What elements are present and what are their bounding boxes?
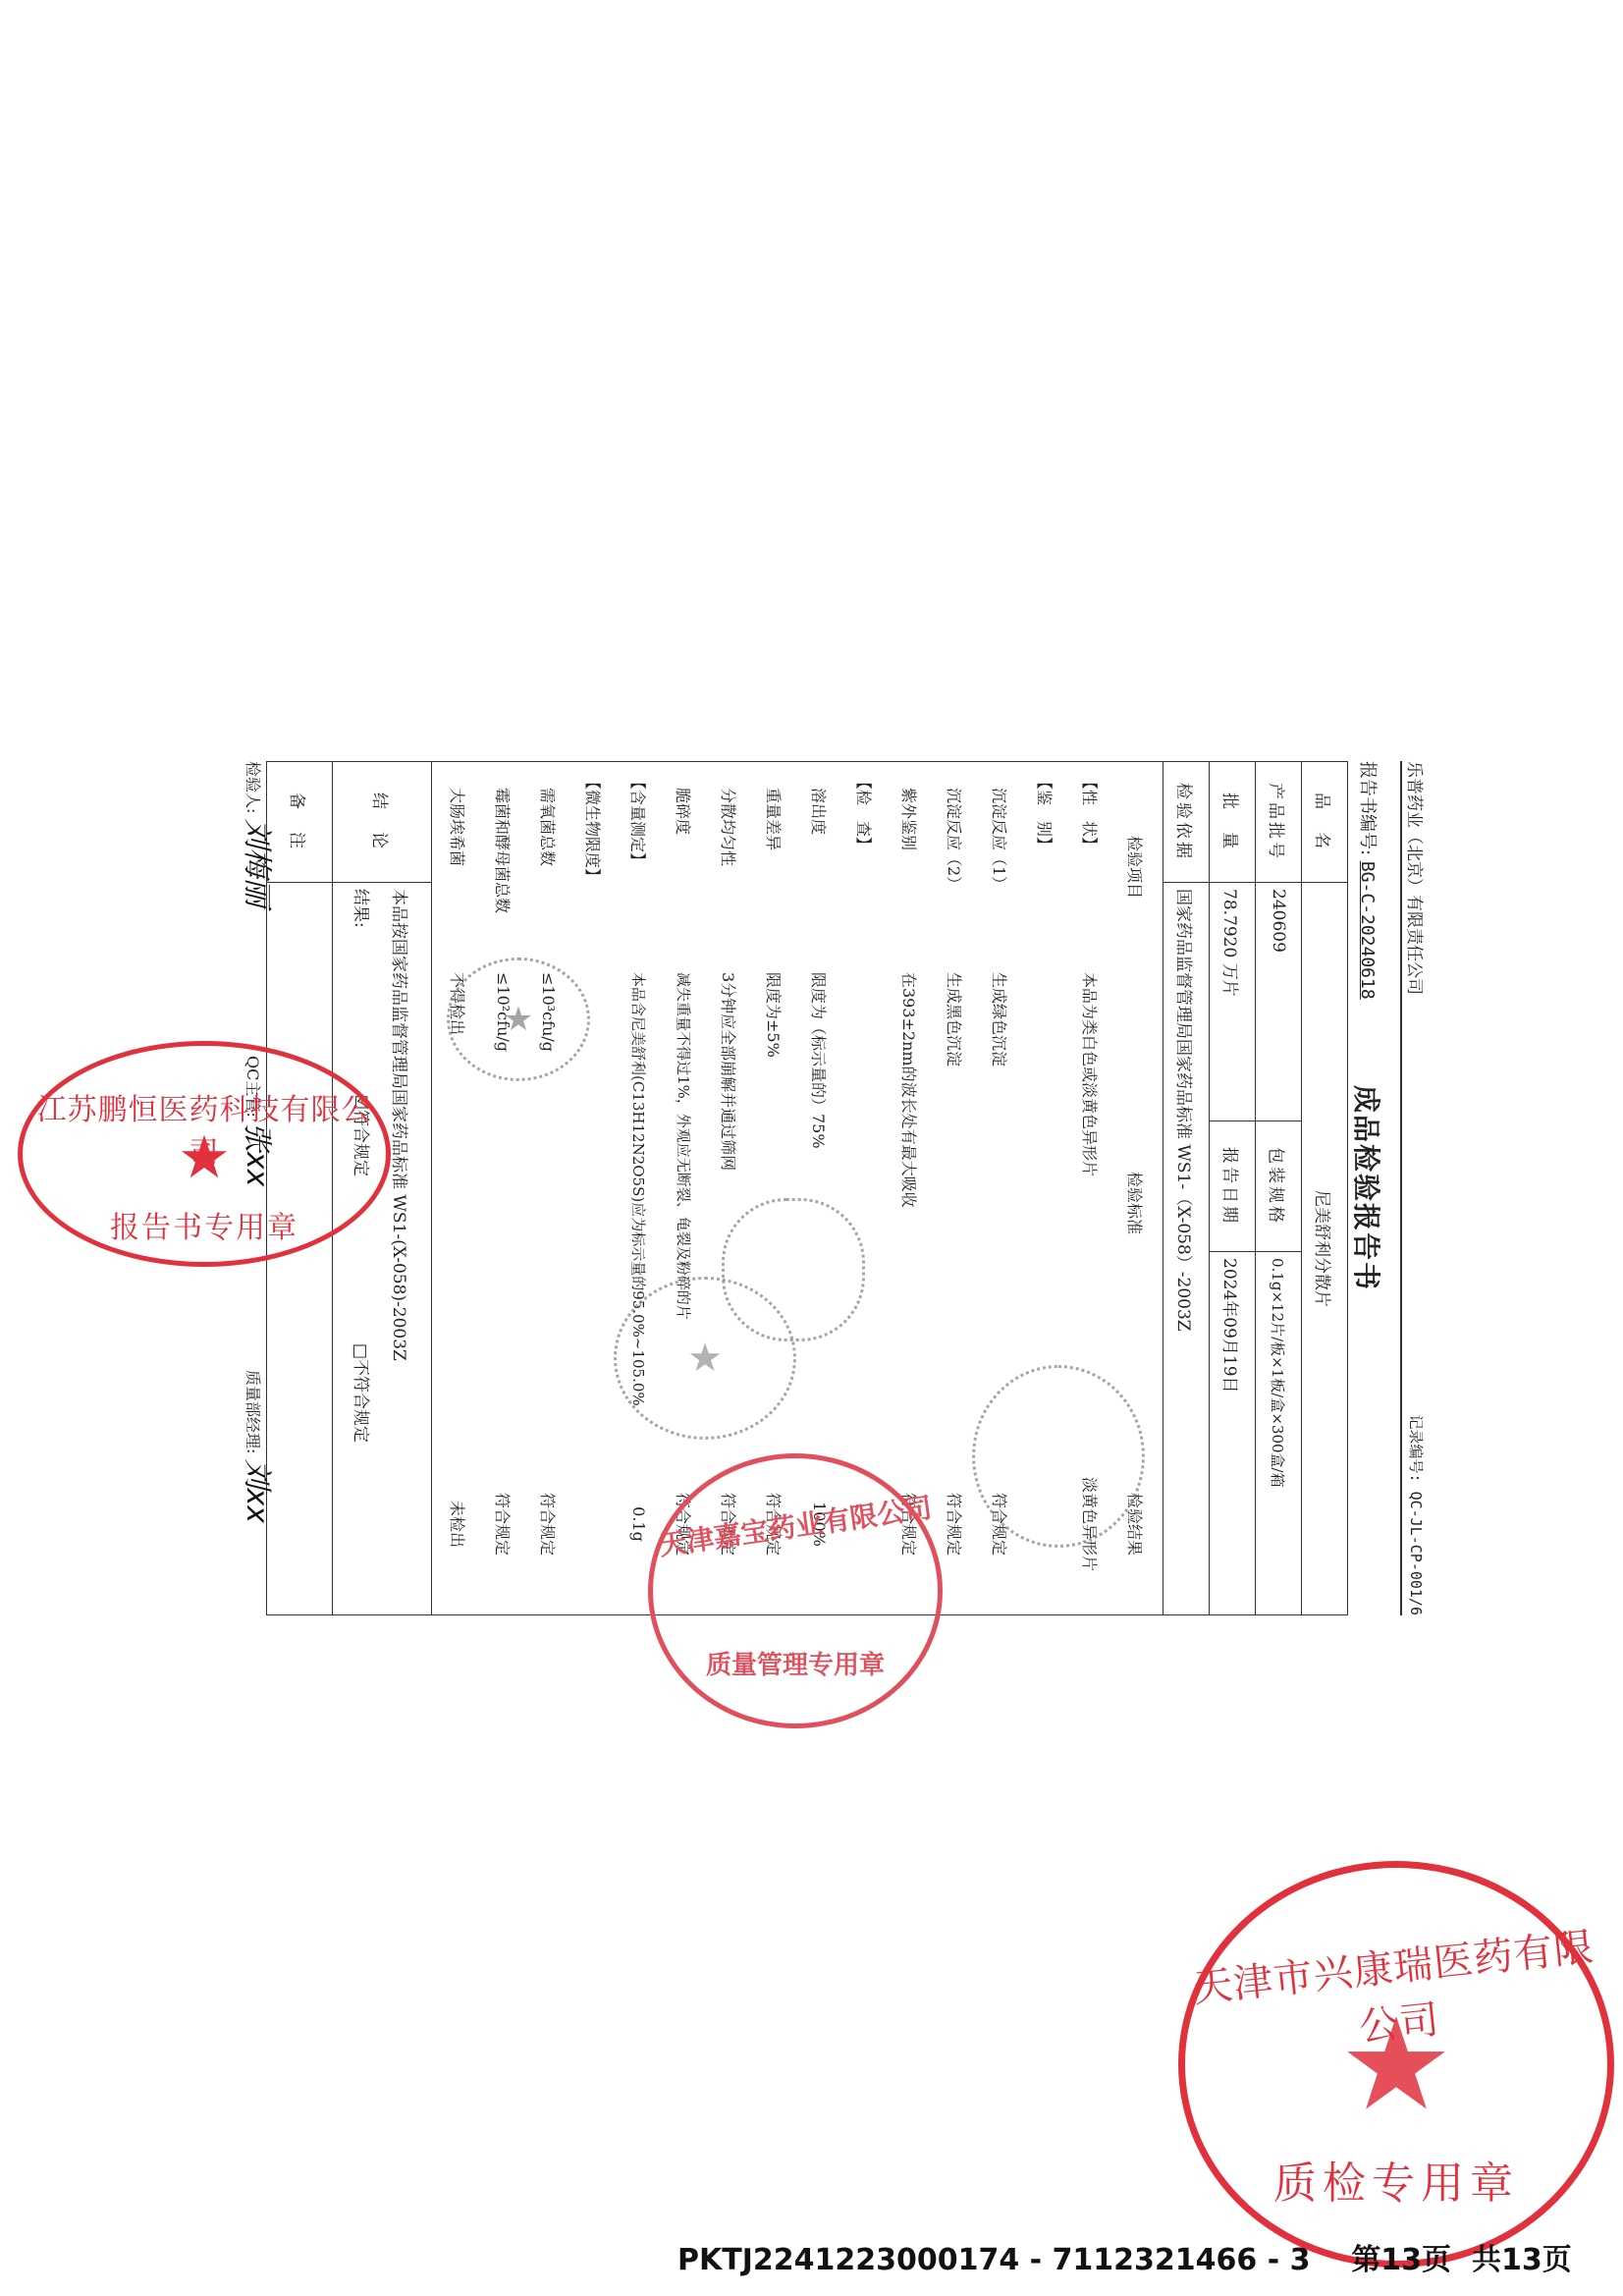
company-name: 乐普药业（北京）有限责任公司	[1404, 761, 1429, 995]
test-item: 【检 查】	[842, 768, 888, 966]
conclusion-label: 结 论	[333, 762, 432, 883]
tianjin-quality-stamp: 天津嘉宝药业有限公司 质量管理专用章	[648, 1453, 943, 1728]
batch-size-label: 批 量	[1210, 762, 1256, 883]
test-item: 【性 状】	[1068, 768, 1113, 966]
manager-handwriting: 刘xx	[240, 1459, 274, 1524]
test-standard: 生成黑色沉淀	[933, 966, 978, 1440]
test-standard: 生成绿色沉淀	[978, 966, 1023, 1440]
document-title: 成品检验报告书	[1348, 1085, 1387, 1291]
product-name-value: 尼美舒利分散片	[1302, 883, 1348, 1615]
xingkangrui-quality-stamp: 天津市兴康瑞医药有限公司 ★ 质检专用章	[1178, 1861, 1614, 2268]
package-value: 0.1g×12片/板×1板/盒×300盒/箱	[1256, 1252, 1302, 1615]
report-date-value: 2024年09月19日	[1210, 1252, 1256, 1615]
report-date-label: 报告日期	[1210, 1121, 1256, 1252]
test-item: 霉菌和酵母菌总数	[481, 768, 526, 966]
test-item: 沉淀反应（1）	[978, 768, 1023, 966]
test-item: 【含量测定】	[617, 768, 662, 966]
batch-size-value: 78.7920 万片	[1210, 883, 1256, 1121]
test-standard	[842, 966, 888, 1440]
conclusion-text: 本品按国家药品监督管理局国家药品标准 WS1-(X-058)-2003Z	[389, 889, 413, 1609]
test-result: 符合规定	[481, 1440, 526, 1609]
header-divider	[1400, 761, 1402, 1615]
batch-no-label: 产品批号	[1256, 762, 1302, 883]
test-item: 沉淀反应（2）	[933, 768, 978, 966]
star-icon: ★	[178, 1123, 231, 1192]
column-header-item: 检验项目	[1113, 768, 1159, 966]
inspector-handwriting: 刘梅丽	[240, 819, 274, 907]
test-result: 符合规定	[526, 1440, 571, 1609]
test-row: 脆碎度减失重量不得过1%，外观应无断裂、龟裂及粉碎的片符合规定	[662, 768, 707, 1609]
record-number: 记录编号: QC-JL-CP-001/6	[1406, 1415, 1427, 1616]
test-row: 【微生物限度】	[571, 768, 617, 1609]
test-item: 【鉴 别】	[1023, 768, 1068, 966]
test-row: 【含量测定】本品含尼美舒利(C13H12N2O5S)应为标示量的95.0%~10…	[617, 768, 662, 1609]
test-row: 紫外鉴别在393±2nm的波长处有最大吸收符合规定	[888, 768, 933, 1609]
test-item: 大肠埃希菌	[436, 768, 481, 966]
manager-signature: 质量部经理: 刘xx	[239, 1370, 282, 1523]
test-item: 紫外鉴别	[888, 768, 933, 966]
basis-value: 国家药品监督管理局国家药品标准 WS1-（X-058）-2003Z	[1163, 883, 1210, 1615]
test-standard: 在393±2nm的波长处有最大吸收	[888, 966, 933, 1440]
grey-inspection-stamp	[972, 1365, 1145, 1548]
test-item: 脆碎度	[662, 768, 707, 966]
package-label: 包装规格	[1256, 1121, 1302, 1252]
batch-no-value: 240609	[1256, 883, 1302, 1121]
product-name-label: 品 名	[1302, 762, 1348, 883]
test-row: 沉淀反应（2）生成黑色沉淀符合规定	[933, 768, 978, 1609]
grey-company-stamp-3	[722, 1198, 865, 1341]
test-item: 分散均匀性	[707, 768, 752, 966]
document-code: PKTJ2241223000174 - 7112321466 - 3	[677, 2243, 1311, 2277]
test-result: 未检出	[436, 1440, 481, 1609]
test-row: 霉菌和酵母菌总数≤10²cfu/g符合规定	[481, 768, 526, 1609]
test-row: 需氧菌总数≤10³cfu/g符合规定	[526, 768, 571, 1609]
inspector-signature: 检验人: 刘梅丽	[239, 761, 282, 907]
test-row: 大肠埃希菌不得检出未检出	[436, 768, 481, 1609]
basis-label: 检验依据	[1163, 762, 1210, 883]
fail-checkbox[interactable]: □不符合规定	[351, 1343, 375, 1443]
test-item: 溶出度	[797, 768, 842, 966]
test-result	[571, 1440, 617, 1609]
jiangsu-report-stamp: 江苏鹏恒医药科技有限公司 ★ 报告书专用章	[18, 1041, 391, 1267]
star-icon: ★	[504, 1000, 533, 1039]
grey-company-stamp-1: ★	[447, 957, 590, 1081]
column-header-standard: 检验标准	[1113, 966, 1159, 1440]
report-number: 报告书编号: BG-C-20240618	[1356, 761, 1381, 1000]
test-item: 重量差异	[752, 768, 797, 966]
conclusion-result-label: 结果:	[351, 889, 375, 928]
page-number: 第13页 共13页	[1351, 2243, 1571, 2277]
star-icon: ★	[1339, 1990, 1454, 2139]
test-item: 【微生物限度】	[571, 768, 617, 966]
test-item: 需氧菌总数	[526, 768, 571, 966]
star-icon: ★	[687, 1336, 723, 1381]
conclusion-cell: 本品按国家药品监督管理局国家药品标准 WS1-(X-058)-2003Z 结果:…	[333, 883, 432, 1615]
page-footer: PKTJ2241223000174 - 7112321466 - 3 第13页 …	[677, 2235, 1572, 2278]
